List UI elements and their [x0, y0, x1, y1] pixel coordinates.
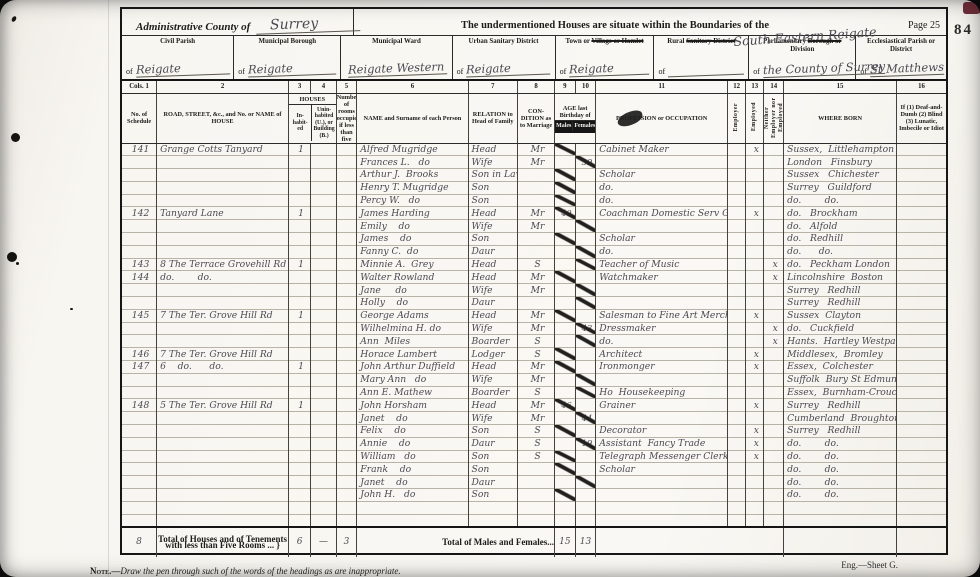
administrative-county: Administrative County of Surrey	[122, 9, 354, 35]
cell	[336, 386, 357, 399]
cell	[311, 181, 337, 194]
cell	[311, 399, 337, 412]
cell	[728, 476, 746, 489]
cell	[897, 156, 947, 169]
cell	[122, 220, 157, 233]
cell: Mr	[517, 412, 554, 425]
of-label: of	[238, 67, 245, 76]
cell: Scholar	[596, 463, 728, 476]
district-label: Town or	[566, 38, 592, 45]
cell	[122, 514, 157, 527]
cell	[555, 194, 576, 207]
district-value: Reigate	[569, 60, 650, 78]
cell	[897, 425, 947, 438]
cell	[555, 373, 576, 386]
cell	[311, 463, 337, 476]
cell: Essex, Colchester	[784, 361, 897, 374]
cell	[575, 361, 596, 374]
table-row: Henry T. MugridgeSondo.Surrey Guildford	[122, 181, 946, 194]
cell: John Arthur Duffield	[357, 361, 468, 374]
scanned-census-page: 84 Administrative County of Surrey The u…	[0, 0, 980, 577]
cell	[897, 437, 947, 450]
cell	[746, 220, 764, 233]
cell	[288, 284, 310, 297]
cell	[746, 271, 764, 284]
cell	[336, 322, 357, 335]
cell: Head	[468, 207, 517, 220]
col-header: Employer	[728, 93, 746, 143]
cell	[336, 361, 357, 374]
cell	[122, 169, 157, 182]
cell	[575, 258, 596, 271]
cell: 5 The Ter. Grove Hill Rd	[157, 399, 289, 412]
cell	[311, 335, 337, 348]
cell	[336, 194, 357, 207]
cell	[575, 284, 596, 297]
cell	[764, 194, 784, 207]
cell	[555, 284, 576, 297]
total-schedules: 8	[122, 527, 157, 557]
cell	[897, 258, 947, 271]
cell	[122, 412, 157, 425]
cell: 148	[122, 399, 157, 412]
cell	[764, 143, 784, 156]
cell	[311, 386, 337, 399]
cell	[157, 489, 289, 502]
cell	[784, 501, 897, 514]
col-header: If (1) Deaf-and-Dumb (2) Blind (3) Lunat…	[897, 93, 947, 143]
total-inhabited: 6	[288, 527, 310, 557]
cell: x	[746, 207, 764, 220]
cell: Mr	[517, 373, 554, 386]
ink-speck	[16, 262, 19, 265]
cell: Annie do	[357, 437, 468, 450]
table-row: Janet doDaurdo. do.	[122, 476, 946, 489]
cell: Surrey Redhill	[784, 284, 897, 297]
cell	[897, 207, 947, 220]
cell: do. Peckham London	[784, 258, 897, 271]
cell	[122, 501, 157, 514]
cell	[336, 271, 357, 284]
district-label: Urban Sanitary District	[469, 38, 539, 45]
corner-mark	[963, 2, 980, 14]
cell: 6 do. do.	[157, 361, 289, 374]
cell	[728, 284, 746, 297]
cell	[897, 463, 947, 476]
cell	[728, 233, 746, 246]
cell	[897, 399, 947, 412]
cell	[311, 258, 337, 271]
cell	[336, 476, 357, 489]
cell	[122, 450, 157, 463]
cell: S	[517, 386, 554, 399]
col-number: 12	[728, 81, 746, 93]
cell	[157, 233, 289, 246]
cell	[517, 194, 554, 207]
cell	[122, 297, 157, 310]
totals-empty	[596, 527, 784, 557]
cell	[555, 348, 576, 361]
cell	[336, 335, 357, 348]
cell	[728, 361, 746, 374]
cell	[336, 143, 357, 156]
cell	[311, 425, 337, 438]
cell	[311, 476, 337, 489]
table-row: 141Grange Cotts Tanyard1Alfred MugridgeH…	[122, 143, 946, 156]
cell	[575, 271, 596, 284]
cell	[288, 463, 310, 476]
cell	[288, 437, 310, 450]
cell: Sussex, Littlehampton	[784, 143, 897, 156]
total-females: 13	[575, 527, 596, 557]
cell	[764, 297, 784, 310]
cell: 1	[288, 309, 310, 322]
cell: Mr	[517, 207, 554, 220]
cell	[575, 373, 596, 386]
cell: Essex, Burnham-Crouch	[784, 386, 897, 399]
cell	[122, 489, 157, 502]
cell	[157, 412, 289, 425]
cell	[728, 425, 746, 438]
cell	[288, 425, 310, 438]
cell: do.	[596, 245, 728, 258]
cell	[336, 156, 357, 169]
vertical-col-label: Employed	[751, 102, 758, 131]
table-row: 1476 do. do.1John Arthur DuffieldHeadMrI…	[122, 361, 946, 374]
cell	[746, 514, 764, 527]
cell	[728, 220, 746, 233]
cell: Watchmaker	[596, 271, 728, 284]
cell	[897, 348, 947, 361]
table-row: Wilhelmina H. doWifeMr43Dressmakerxdo. C…	[122, 322, 946, 335]
cell	[311, 297, 337, 310]
col-number: 9	[555, 81, 576, 93]
cell: Coachman Domestic Serv Groom	[596, 207, 728, 220]
cell	[157, 386, 289, 399]
admin-county-label: Administrative County of	[136, 21, 250, 33]
table-row	[122, 514, 946, 527]
cell	[575, 245, 596, 258]
cell	[897, 220, 947, 233]
cell	[311, 450, 337, 463]
cell: Telegraph Messenger Clerk	[596, 450, 728, 463]
cell	[288, 322, 310, 335]
cell	[746, 322, 764, 335]
col-header: AGE last Birthday ofMalesFemales	[555, 93, 596, 143]
cell	[517, 297, 554, 310]
cell	[517, 245, 554, 258]
cell: x	[746, 143, 764, 156]
cell	[311, 156, 337, 169]
sub-col-header: Unin-habited (U.), or Building (B.)	[311, 105, 335, 141]
cell	[897, 322, 947, 335]
cell: x	[764, 271, 784, 284]
cell	[728, 437, 746, 450]
cell	[897, 284, 947, 297]
cell: Frank do	[357, 463, 468, 476]
table-row: 1457 The Ter. Grove Hill Rd1George Adams…	[122, 309, 946, 322]
cell	[336, 437, 357, 450]
table-row: Mary Ann doWifeMrSuffolk Bury St Edmunds	[122, 373, 946, 386]
cell: Grainer	[596, 399, 728, 412]
cell	[517, 463, 554, 476]
cell: Son	[468, 489, 517, 502]
col-number: 8	[517, 81, 554, 93]
cell	[555, 476, 576, 489]
cell	[357, 514, 468, 527]
cell: Son	[468, 181, 517, 194]
cell	[575, 220, 596, 233]
cell	[897, 386, 947, 399]
cell	[764, 450, 784, 463]
cell: 7 The Ter. Grove Hill Rd	[157, 309, 289, 322]
cell	[122, 335, 157, 348]
cell	[357, 501, 468, 514]
cell	[746, 245, 764, 258]
table-row: Fanny C. doDaurdo.do. do.	[122, 245, 946, 258]
sheet-label: Eng.—Sheet G.	[841, 560, 898, 570]
cell: Surrey Redhill	[784, 425, 897, 438]
cell	[288, 489, 310, 502]
cell	[336, 463, 357, 476]
cell	[311, 194, 337, 207]
cell	[122, 194, 157, 207]
cell: Salesman to Fine Art Merchant	[596, 309, 728, 322]
cell	[897, 450, 947, 463]
cell: 39	[575, 156, 596, 169]
cell: S	[517, 348, 554, 361]
cell	[764, 156, 784, 169]
cell	[157, 335, 289, 348]
cell	[728, 412, 746, 425]
cell: Arthur J. Brooks	[357, 169, 468, 182]
cell	[336, 169, 357, 182]
cell	[288, 514, 310, 527]
cell	[555, 437, 576, 450]
cell	[728, 399, 746, 412]
cell	[555, 169, 576, 182]
cell	[728, 450, 746, 463]
district-box-town: Town or Village or Hamlet ofReigate	[555, 36, 654, 79]
table-row: 144do. do.Walter RowlandHeadMrWatchmaker…	[122, 271, 946, 284]
cell: do.	[596, 181, 728, 194]
cell	[555, 143, 576, 156]
totals-empty	[784, 527, 897, 557]
cell: Surrey Redhill	[784, 399, 897, 412]
table-row: Ann E. MathewBoarderSHo HousekeepingEsse…	[122, 386, 946, 399]
cell	[122, 233, 157, 246]
cell	[575, 143, 596, 156]
cell: do. do.	[784, 450, 897, 463]
cell	[311, 489, 337, 502]
cell: 7 The Ter. Grove Hill Rd	[157, 348, 289, 361]
cell	[288, 156, 310, 169]
cell: Wilhelmina H. do	[357, 322, 468, 335]
cell	[764, 361, 784, 374]
cell	[517, 181, 554, 194]
cell	[746, 489, 764, 502]
cell	[157, 425, 289, 438]
cell	[157, 501, 289, 514]
cell	[764, 245, 784, 258]
cell: 40	[555, 207, 576, 220]
cell: 44	[575, 412, 596, 425]
table-row: Jane doWifeMrSurrey Redhill	[122, 284, 946, 297]
totals-row: 8 Total of Houses and of Tenements with …	[122, 527, 946, 557]
cell: 144	[122, 271, 157, 284]
table-row: Annie doDaurS19Assistant Fancy Tradexdo.…	[122, 437, 946, 450]
total-males: 15	[555, 527, 576, 557]
col-header: WHERE BORN	[784, 93, 897, 143]
cell	[728, 143, 746, 156]
table-head: Cols. 12345678910111213141516No. of Sche…	[122, 81, 946, 143]
col-header: ROAD, STREET, &c., and No. or NAME of HO…	[157, 93, 289, 143]
cell	[122, 284, 157, 297]
cell: do. do.	[784, 463, 897, 476]
cell	[555, 361, 576, 374]
cell	[746, 233, 764, 246]
col-number: 16	[897, 81, 947, 93]
district-box-municipal-borough: Municipal Borough ofReigate	[233, 36, 340, 79]
cell: Surrey Redhill	[784, 297, 897, 310]
cell: Son	[468, 233, 517, 246]
cell: Ho Housekeeping	[596, 386, 728, 399]
cell: Son	[468, 463, 517, 476]
cell	[764, 476, 784, 489]
cell: 8 The Terrace Grovehill Rd	[157, 258, 289, 271]
cell: Son	[468, 450, 517, 463]
cell	[311, 245, 337, 258]
cell	[555, 425, 576, 438]
cell	[764, 181, 784, 194]
cell	[157, 297, 289, 310]
cell	[555, 412, 576, 425]
cell	[288, 386, 310, 399]
cell: S	[517, 335, 554, 348]
cell: x	[746, 361, 764, 374]
cell	[311, 309, 337, 322]
vertical-col-label: Employer	[733, 103, 740, 131]
cell	[157, 437, 289, 450]
cell	[764, 386, 784, 399]
cell	[157, 220, 289, 233]
cell	[555, 271, 576, 284]
cell	[157, 181, 289, 194]
cell: John Horsham	[357, 399, 468, 412]
cell	[764, 399, 784, 412]
cell	[596, 476, 728, 489]
cell: Head	[468, 399, 517, 412]
cell	[555, 335, 576, 348]
of-label: of	[457, 67, 464, 76]
cell	[728, 271, 746, 284]
cell	[746, 194, 764, 207]
cell	[728, 514, 746, 527]
cell	[897, 271, 947, 284]
cell: 1	[288, 143, 310, 156]
cell	[764, 220, 784, 233]
cell	[288, 450, 310, 463]
cell: x	[746, 425, 764, 438]
cell	[122, 156, 157, 169]
cell: x	[746, 450, 764, 463]
cell	[746, 476, 764, 489]
footer-note-body: Draw the pen through such of the words o…	[120, 566, 400, 576]
cell: Scholar	[596, 169, 728, 182]
cell: Janet do	[357, 412, 468, 425]
vertical-col-label: Neither Employer nor Employed	[764, 93, 783, 142]
of-label: of	[560, 67, 567, 76]
cell: Grange Cotts Tanyard	[157, 143, 289, 156]
cell	[764, 437, 784, 450]
cell: Wife	[468, 284, 517, 297]
cell	[311, 437, 337, 450]
cell	[764, 489, 784, 502]
cell	[764, 425, 784, 438]
cell	[288, 373, 310, 386]
district-label: Municipal Borough	[259, 38, 317, 45]
table-foot: 8 Total of Houses and of Tenements with …	[122, 527, 946, 557]
cell	[311, 169, 337, 182]
cell	[784, 514, 897, 527]
cell: London Finsbury	[784, 156, 897, 169]
cell	[575, 501, 596, 514]
cell	[157, 476, 289, 489]
cell	[468, 514, 517, 527]
col-number: 14	[764, 81, 784, 93]
cell: Sussex Clayton	[784, 309, 897, 322]
cell: 43	[575, 322, 596, 335]
cell	[746, 284, 764, 297]
table-row: Felix doSonSDecoratorxSurrey Redhill	[122, 425, 946, 438]
cell	[596, 220, 728, 233]
cell	[288, 181, 310, 194]
cell	[288, 412, 310, 425]
cell: x	[746, 437, 764, 450]
col-header: Neither Employer nor Employed	[764, 93, 784, 143]
cell	[311, 284, 337, 297]
cell	[575, 335, 596, 348]
cell	[288, 233, 310, 246]
cell	[596, 412, 728, 425]
cell	[311, 271, 337, 284]
district-value: Reigate	[248, 59, 337, 77]
table-row: 142Tanyard Lane1James HardingHeadMr40Coa…	[122, 207, 946, 220]
cell	[746, 463, 764, 476]
col-number: 13	[746, 81, 764, 93]
cell: Boarder	[468, 386, 517, 399]
cell	[555, 220, 576, 233]
district-box-municipal-ward: Municipal Ward Reigate Western	[340, 36, 451, 79]
cell: S	[517, 437, 554, 450]
cell	[575, 348, 596, 361]
table-row: Frances L. doWifeMr39London Finsbury	[122, 156, 946, 169]
cell: Dressmaker	[596, 322, 728, 335]
cell	[311, 412, 337, 425]
cell	[555, 322, 576, 335]
cell	[122, 181, 157, 194]
cell: 1	[288, 207, 310, 220]
page-stamp-number: 84	[954, 22, 973, 39]
cell	[746, 169, 764, 182]
cell: Head	[468, 309, 517, 322]
cell: Daur	[468, 297, 517, 310]
cell	[764, 169, 784, 182]
cell	[157, 322, 289, 335]
cell: Scholar	[596, 233, 728, 246]
cell	[596, 297, 728, 310]
cell: Emily do	[357, 220, 468, 233]
